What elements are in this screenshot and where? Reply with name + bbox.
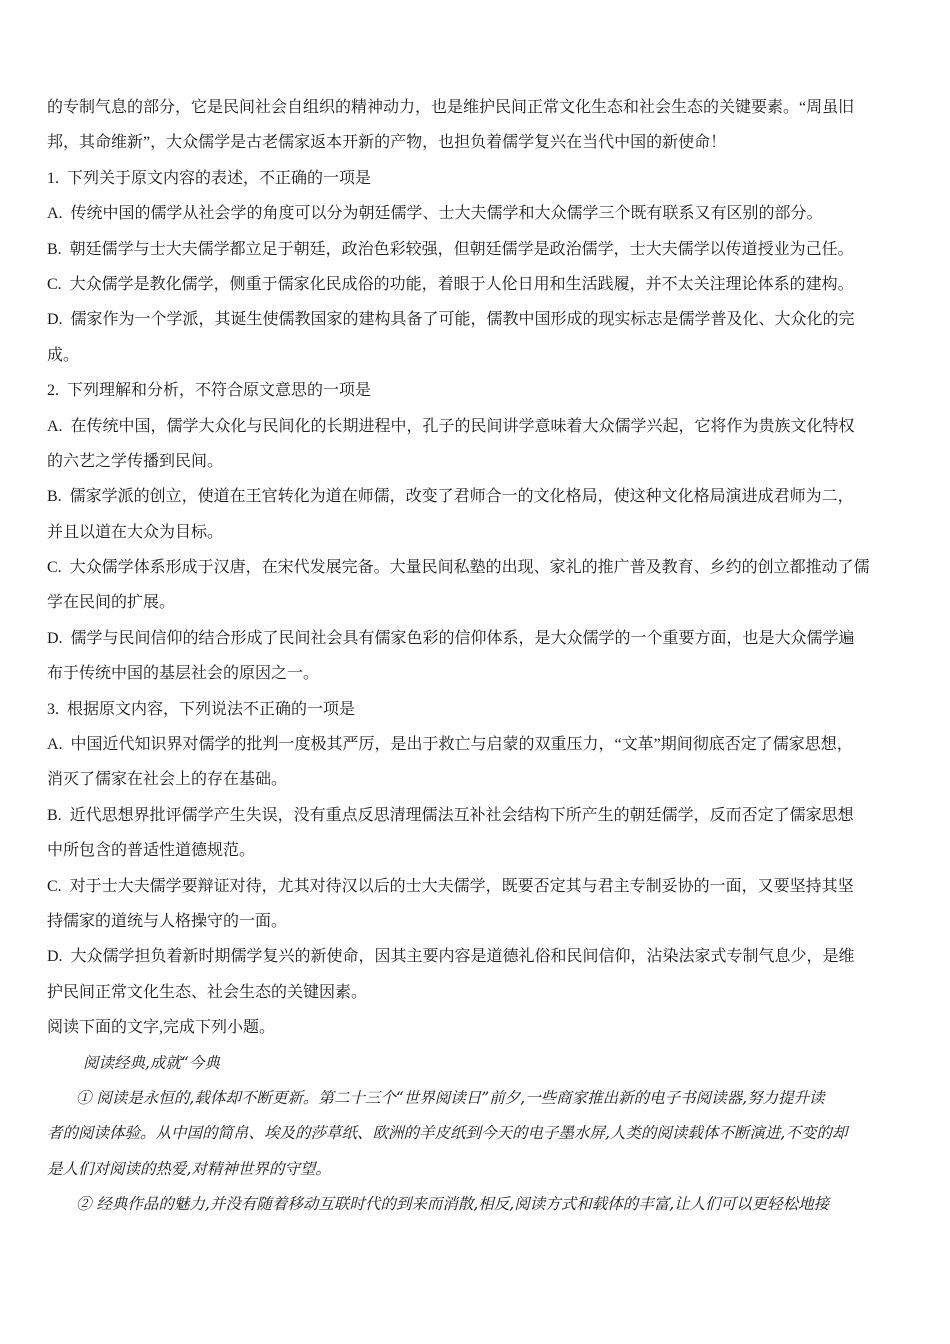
- document-line: 中所包含的普适性道德规范。: [47, 833, 903, 868]
- document-line: 护民间正常文化生态、社会生态的关键因素。: [47, 975, 903, 1010]
- document-line: 3. 根据原文内容，下列说法不正确的一项是: [47, 692, 903, 727]
- document-line: 邦，其命维新”，大众儒学是古老儒家返本开新的产物，也担负着儒学复兴在当代中国的新…: [47, 125, 903, 160]
- document-line: D. 儒学与民间信仰的结合形成了民间社会具有儒家色彩的信仰体系，是大众儒学的一个…: [47, 621, 903, 656]
- document-line: 阅读下面的文字,完成下列小题。: [47, 1010, 903, 1045]
- document-line: B. 儒家学派的创立，使道在王官转化为道在师儒，改变了君师合一的文化格局，使这种…: [47, 479, 903, 514]
- document-body: 的专制气息的部分，它是民间社会自组织的精神动力，也是维护民间正常文化生态和社会生…: [47, 90, 903, 1223]
- document-page: 的专制气息的部分，它是民间社会自组织的精神动力，也是维护民间正常文化生态和社会生…: [0, 0, 950, 1344]
- document-line: 并且以道在大众为目标。: [47, 515, 903, 550]
- document-line: ② 经典作品的魅力,并没有随着移动互联时代的到来而消散,相反,阅读方式和载体的丰…: [47, 1187, 903, 1222]
- document-line: 学在民间的扩展。: [47, 585, 903, 620]
- document-line: A. 传统中国的儒学从社会学的角度可以分为朝廷儒学、士大夫儒学和大众儒学三个既有…: [47, 196, 903, 231]
- document-line: B. 近代思想界批评儒学产生失误，没有重点反思清理儒法互补社会结构下所产生的朝廷…: [47, 798, 903, 833]
- document-line: 2. 下列理解和分析，不符合原文意思的一项是: [47, 373, 903, 408]
- document-line: 是人们对阅读的热爱,对精神世界的守望。: [47, 1152, 903, 1187]
- document-line: 的六艺之学传播到民间。: [47, 444, 903, 479]
- document-line: 1. 下列关于原文内容的表述，不正确的一项是: [47, 161, 903, 196]
- document-line: 的专制气息的部分，它是民间社会自组织的精神动力，也是维护民间正常文化生态和社会生…: [47, 90, 903, 125]
- document-line: C. 大众儒学是教化儒学，侧重于儒家化民成俗的功能，着眼于人伦日用和生活践履，并…: [47, 267, 903, 302]
- document-line: 成。: [47, 338, 903, 373]
- document-line: 阅读经典,成就“今典: [47, 1046, 903, 1081]
- document-line: C. 对于士大夫儒学要辩证对待，尤其对待汉以后的士大夫儒学，既要否定其与君主专制…: [47, 869, 903, 904]
- document-line: 布于传统中国的基层社会的原因之一。: [47, 656, 903, 691]
- document-line: D. 大众儒学担负着新时期儒学复兴的新使命，因其主要内容是道德礼俗和民间信仰，沾…: [47, 939, 903, 974]
- document-line: A. 在传统中国，儒学大众化与民间化的长期进程中，孔子的民间讲学意味着大众儒学兴…: [47, 409, 903, 444]
- document-line: B. 朝廷儒学与士大夫儒学都立足于朝廷，政治色彩较强，但朝廷儒学是政治儒学，士大…: [47, 232, 903, 267]
- document-line: D. 儒家作为一个学派，其诞生使儒教国家的建构具备了可能，儒教中国形成的现实标志…: [47, 302, 903, 337]
- document-line: 消灭了儒家在社会上的存在基础。: [47, 762, 903, 797]
- document-line: 持儒家的道统与人格操守的一面。: [47, 904, 903, 939]
- document-line: A. 中国近代知识界对儒学的批判一度极其严厉，是出于救亡与启蒙的双重压力，“文革…: [47, 727, 903, 762]
- document-line: ① 阅读是永恒的,载体却不断更新。第二十三个“世界阅读日”前夕,一些商家推出新的…: [47, 1081, 903, 1116]
- document-line: 者的阅读体验。从中国的简帛、埃及的莎草纸、欧洲的羊皮纸到今天的电子墨水屏,人类的…: [47, 1116, 903, 1151]
- document-line: C. 大众儒学体系形成于汉唐，在宋代发展完备。大量民间私塾的出现、家礼的推广普及…: [47, 550, 903, 585]
